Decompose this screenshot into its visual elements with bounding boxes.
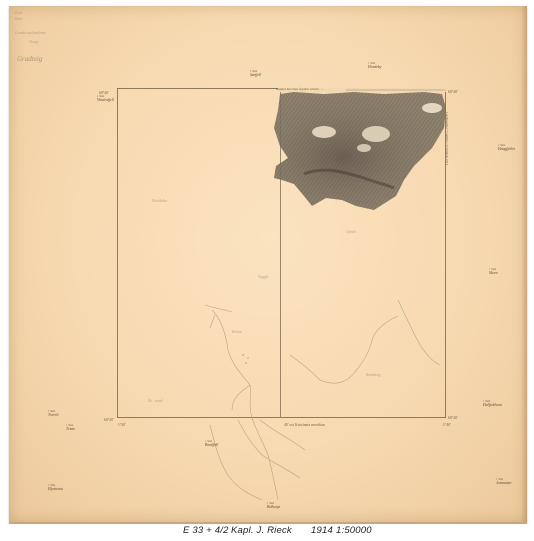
place-label: 1 SkmHovdeby (368, 62, 382, 69)
pencil-label: Veggli (258, 274, 268, 279)
caption-year: 1914 (311, 525, 333, 536)
caption-surveyor: Kapl. J. Rieck (231, 525, 292, 536)
place-label: 1 SkmHølfjeldsnut (483, 400, 502, 407)
place-label: 1 SkmHaugfjellet (498, 144, 515, 151)
place-label: 1 SkmBolkesjø (267, 502, 280, 509)
place-label: 1 SkmHjartenut (48, 484, 63, 491)
place-label: 1 SkmVinstrafjell (97, 95, 114, 102)
meridian-note: 40' ost Kristiania meridian (284, 423, 325, 427)
right-margin-note: Landmaaling • Gradteig • Kristiania 1914 (443, 112, 449, 257)
place-label: 1 SkmJonsnuten (496, 478, 511, 485)
long-bottom-left: 1°20' (118, 423, 126, 427)
place-label: 1 SkmTverrli (48, 410, 59, 417)
surveyed-terrain-area (264, 88, 450, 218)
pencil-label: Skridalen (152, 198, 167, 203)
caption-scale: 1:50000 (336, 525, 372, 536)
survey-title-strip: Rundes Kirchen Ägdeln Altenb. ... (276, 87, 323, 91)
pencil-label: Gjerde (346, 230, 356, 234)
coord-top-right: 60°40' (448, 90, 458, 94)
pencil-label: Ramberg (366, 372, 381, 377)
archive-caption: E 33 + 4/2 Kapl. J. Rieck 1914 1:50000 (0, 524, 534, 541)
place-label: 1 SkmTviste (66, 424, 75, 431)
place-label: 1 SkmBordfjell (205, 440, 218, 447)
river-sketches (0, 0, 534, 541)
long-bottom-right: 1°40' (443, 423, 451, 427)
pencil-label: Kotlan (232, 330, 242, 334)
coord-bottom-left: 60°20' (104, 418, 114, 422)
coord-bottom-right: 60°20' (448, 416, 458, 420)
pencil-label: Sk.. vand (148, 398, 163, 403)
place-label: 1 SkmSkoro (489, 268, 498, 275)
caption-sheet-id: E 33 + 4/2 (183, 525, 229, 536)
place-label: 1 SkmSørfjell (250, 70, 261, 77)
